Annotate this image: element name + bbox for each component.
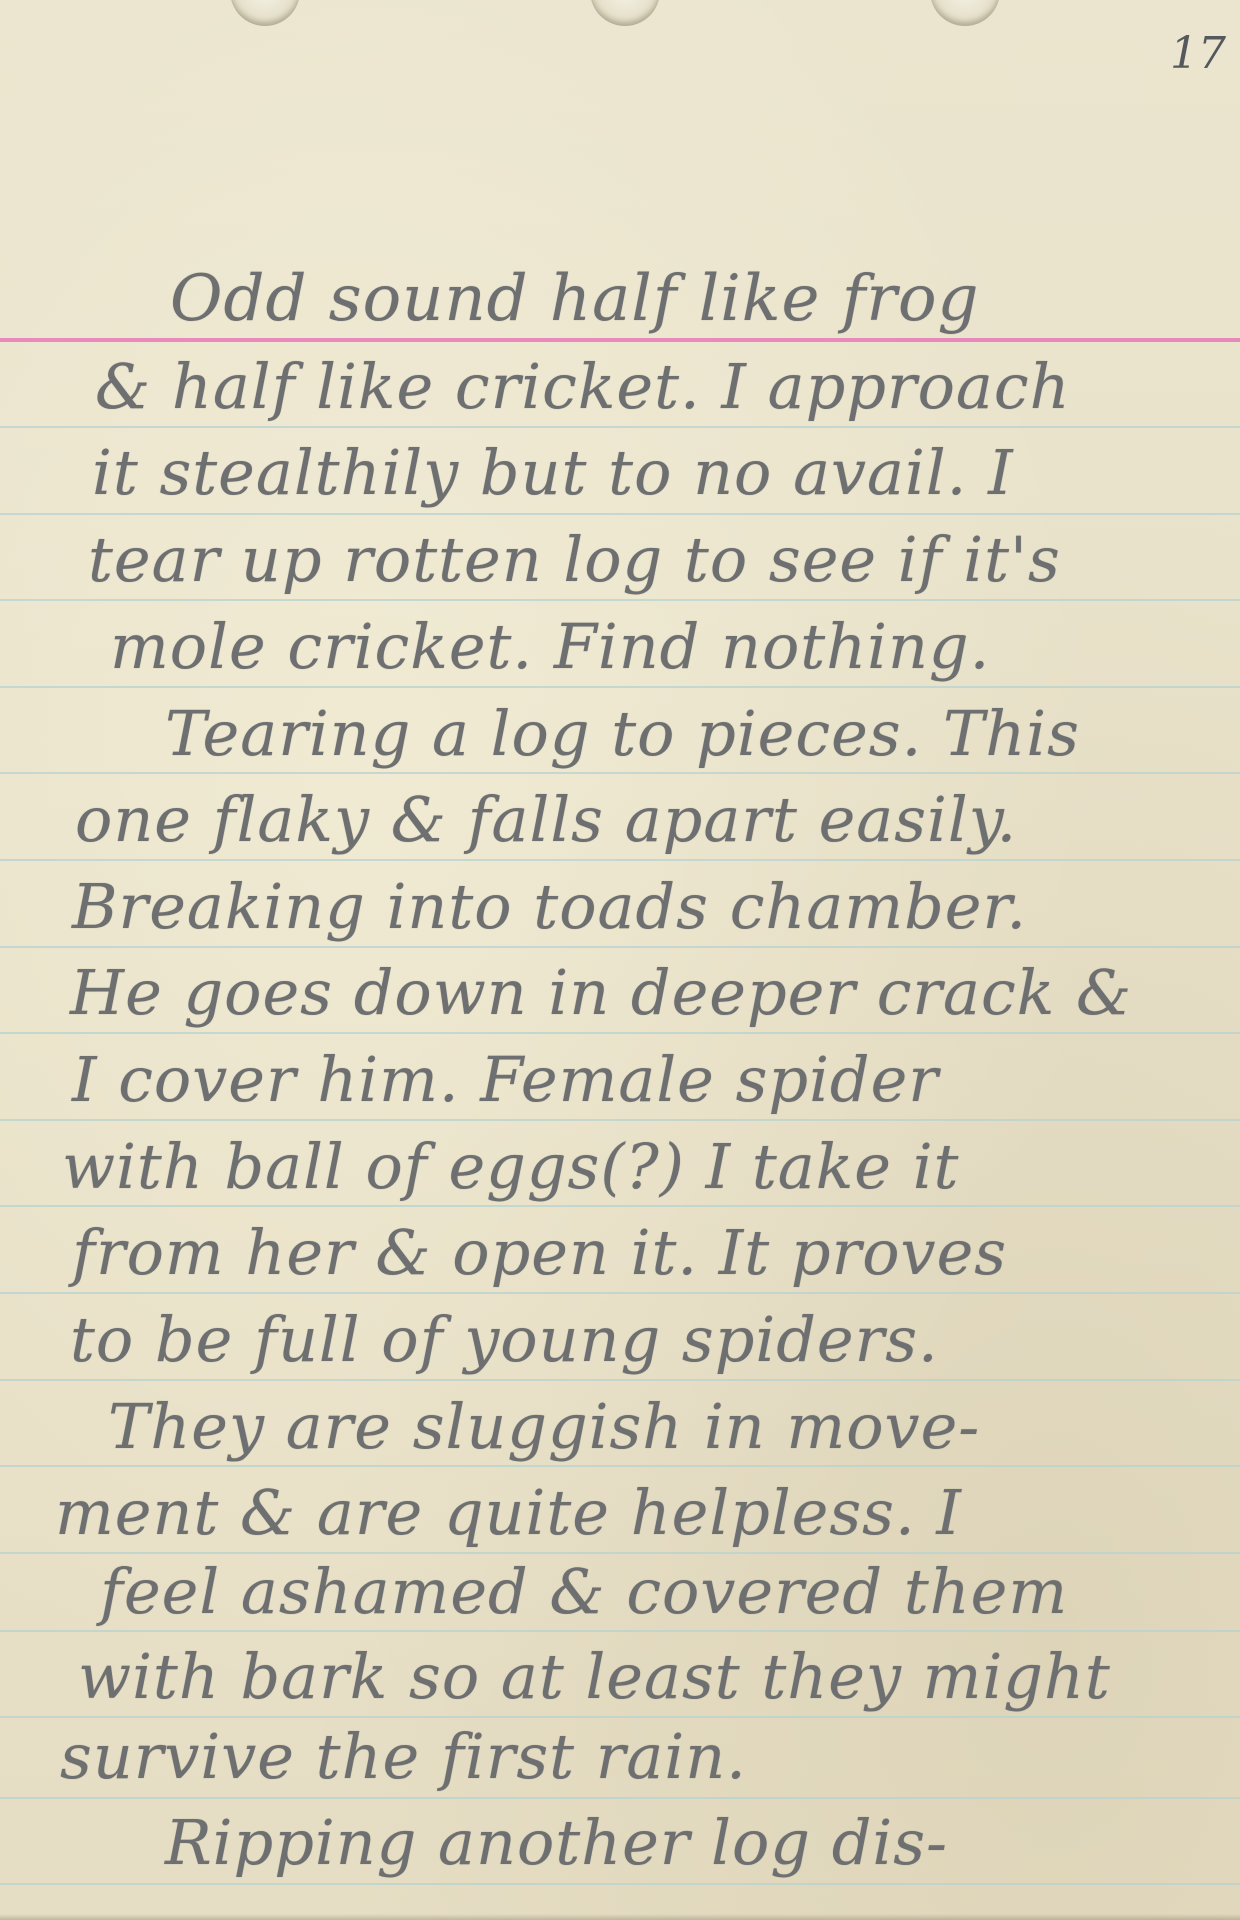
- ruled-line: [0, 1032, 1240, 1034]
- page-number: 17: [1170, 28, 1226, 79]
- ruled-line: [0, 1465, 1240, 1467]
- margin-rule-pink: [0, 338, 1240, 342]
- journal-line: ment & are quite helpless. I: [55, 1476, 962, 1549]
- ruled-line: [0, 426, 1240, 428]
- ruled-line: [0, 946, 1240, 948]
- ruled-line: [0, 1292, 1240, 1294]
- journal-line: to be full of young spiders.: [70, 1303, 939, 1376]
- ruled-line: [0, 1379, 1240, 1381]
- journal-line: I cover him. Female spider: [72, 1043, 939, 1116]
- perforation-hole: [930, 0, 1000, 26]
- journal-line: it stealthily but to no avail. I: [92, 436, 1014, 509]
- journal-line: Tearing a log to pieces. This: [165, 697, 1080, 770]
- notebook-page: 17 Odd sound half like frog & half like …: [0, 0, 1240, 1920]
- ruled-line: [0, 1205, 1240, 1207]
- ruled-line: [0, 859, 1240, 861]
- page-bottom-edge: [0, 1914, 1240, 1920]
- perforation-hole: [230, 0, 300, 26]
- ruled-line: [0, 1716, 1240, 1718]
- journal-line: survive the first rain.: [60, 1720, 747, 1793]
- journal-line: Breaking into toads chamber.: [72, 870, 1027, 943]
- journal-line: Ripping another log dis-: [165, 1806, 948, 1879]
- ruled-line: [0, 599, 1240, 601]
- spiral-binding-perforations: [0, 0, 1240, 40]
- ruled-line: [0, 1797, 1240, 1799]
- perforation-hole: [590, 0, 660, 26]
- journal-line: Odd sound half like frog: [170, 262, 979, 336]
- ruled-line: [0, 686, 1240, 688]
- journal-line: tear up rotten log to see if it's: [88, 523, 1061, 596]
- journal-line: & half like cricket. I approach: [95, 350, 1071, 423]
- journal-line: one flaky & falls apart easily.: [75, 783, 1017, 856]
- ruled-line: [0, 1630, 1240, 1632]
- journal-line: mole cricket. Find nothing.: [110, 610, 990, 683]
- ruled-line: [0, 513, 1240, 515]
- ruled-line: [0, 1552, 1240, 1554]
- journal-line: feel ashamed & covered them: [100, 1555, 1068, 1628]
- ruled-line: [0, 772, 1240, 774]
- ruled-line: [0, 1119, 1240, 1121]
- journal-line: from her & open it. It proves: [72, 1216, 1007, 1289]
- journal-line: He goes down in deeper crack &: [70, 956, 1132, 1029]
- journal-line: with bark so at least they might: [78, 1640, 1111, 1713]
- ruled-line: [0, 1883, 1240, 1885]
- journal-line: They are sluggish in move-: [108, 1390, 980, 1463]
- journal-line: with ball of eggs(?) I take it: [62, 1130, 959, 1203]
